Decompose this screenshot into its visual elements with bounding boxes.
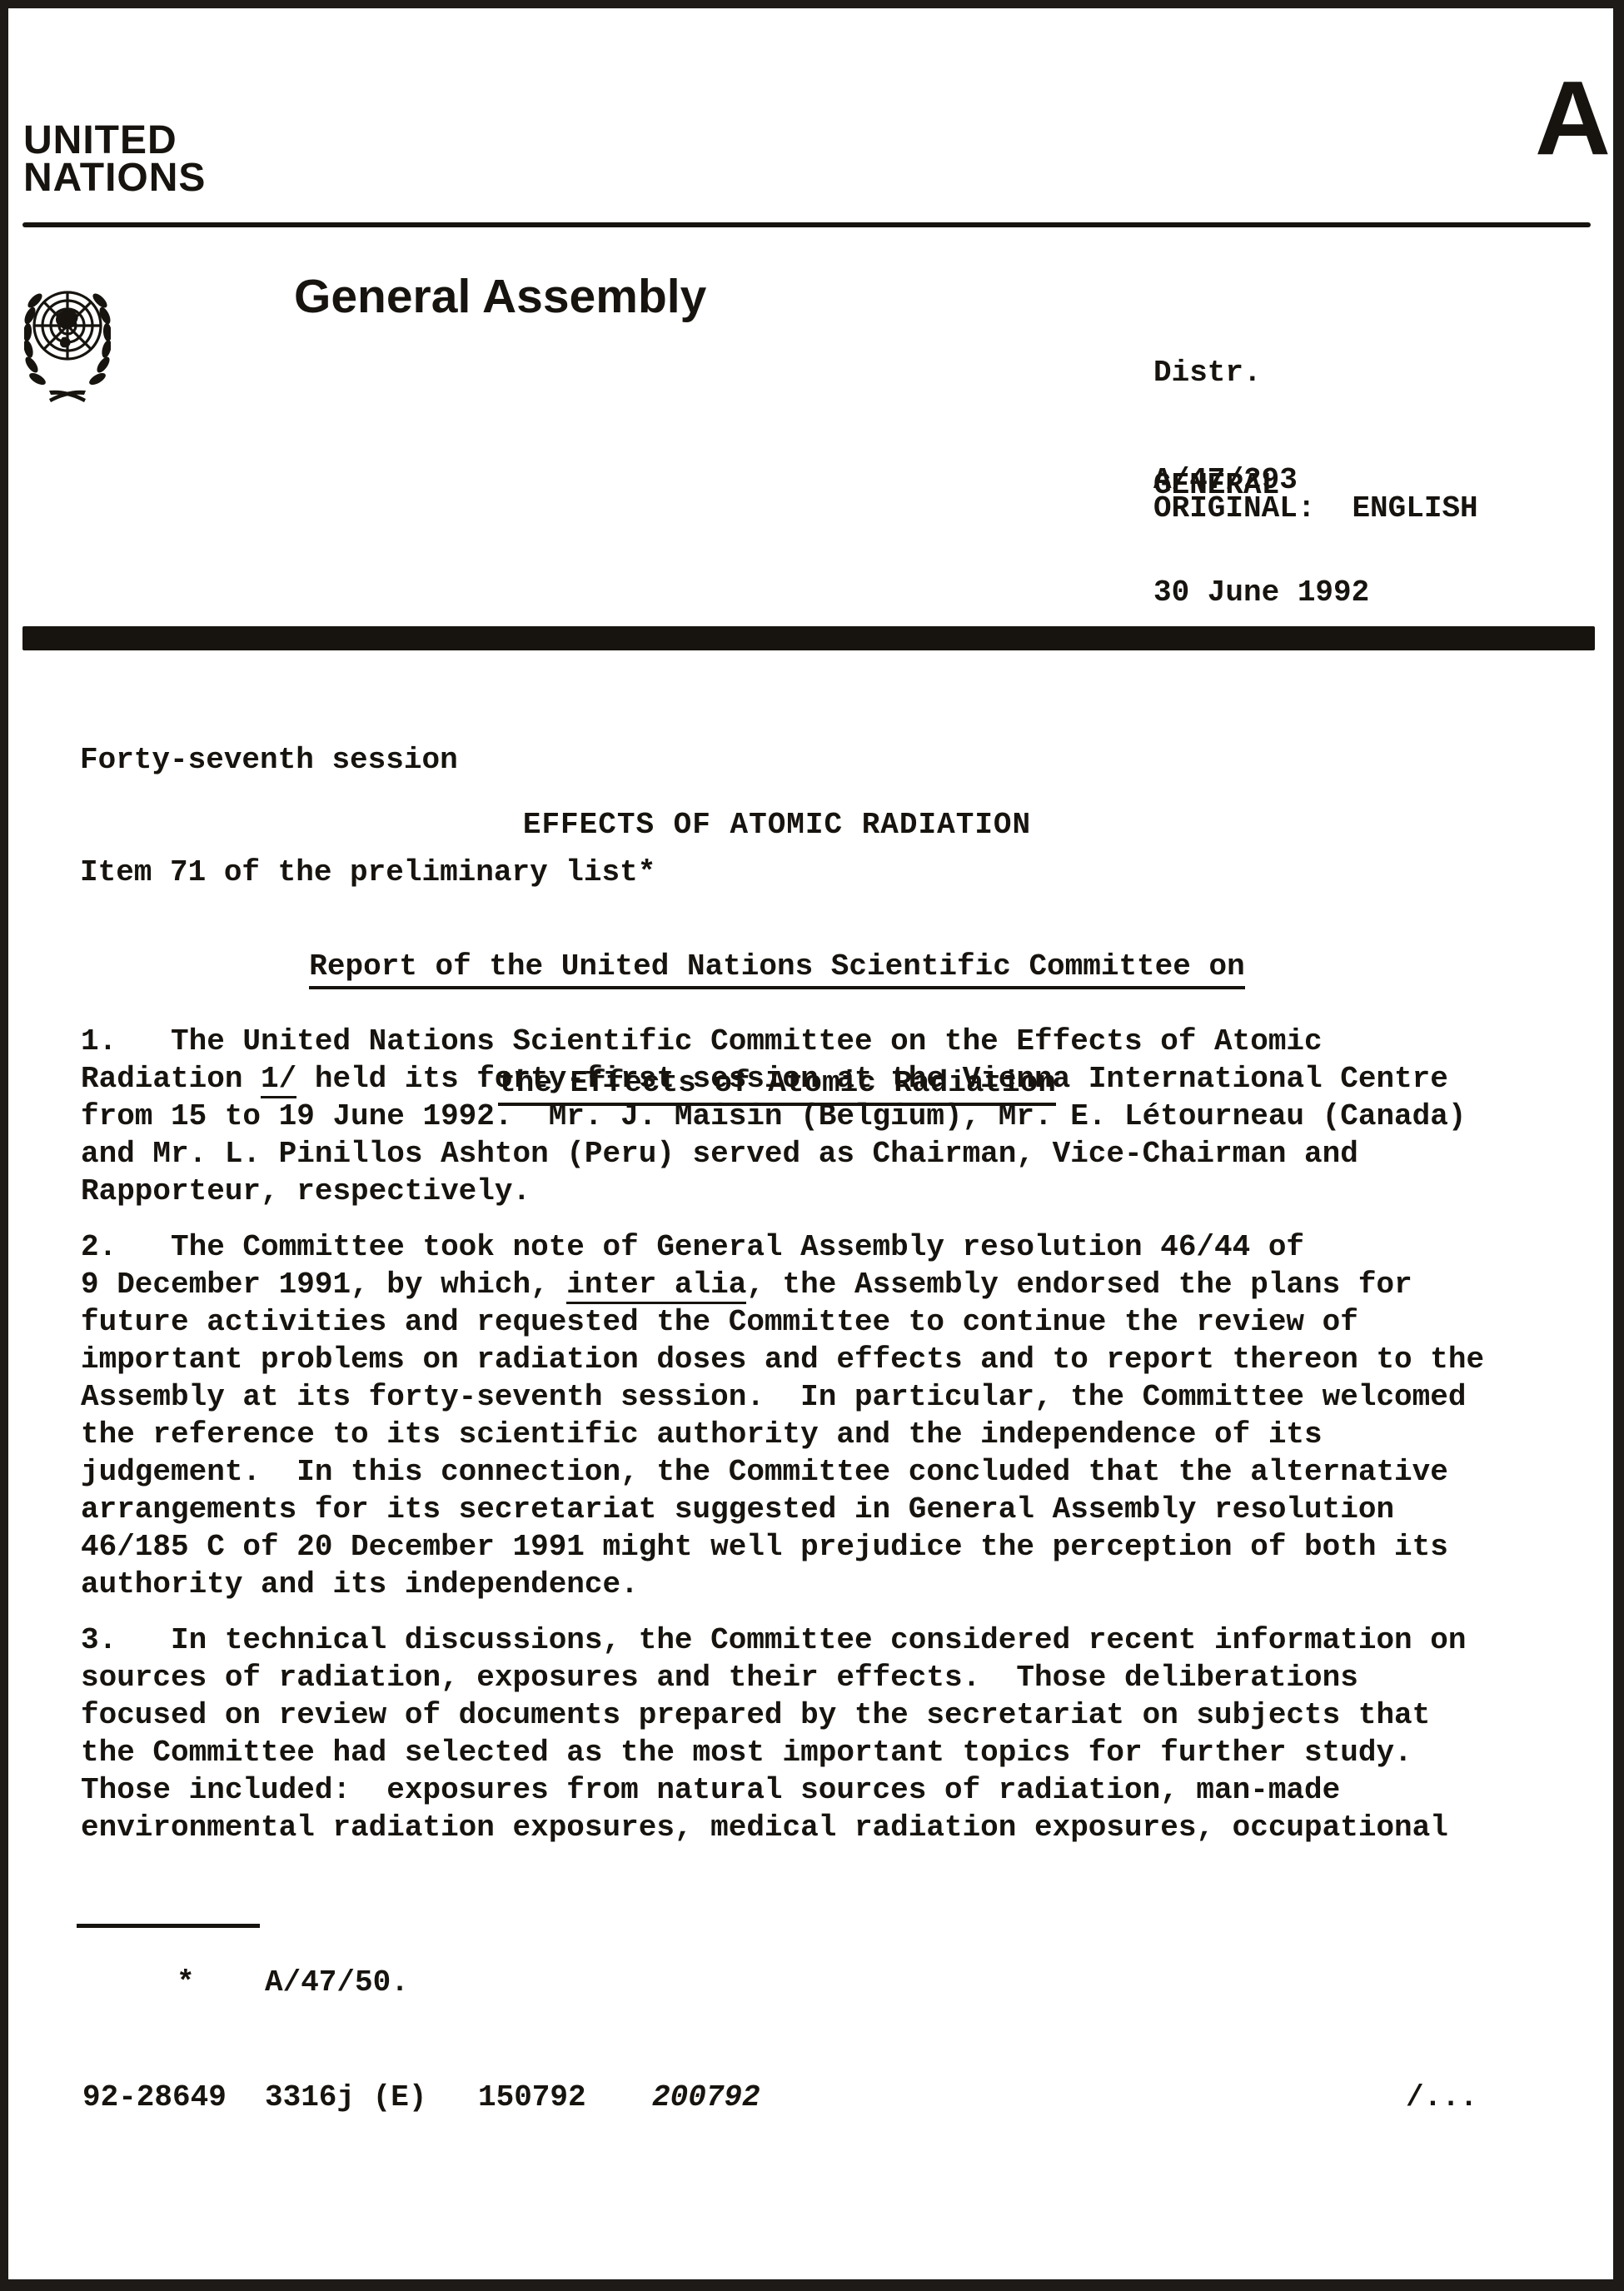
underlined-term: inter alia	[566, 1268, 746, 1304]
footnote-rule	[77, 1924, 260, 1928]
paragraph: 2. The Committee took note of General As…	[81, 1228, 1484, 1603]
footnote-marker: *	[177, 1964, 195, 2001]
text-line: Assembly at its forty-seventh session. I…	[81, 1378, 1484, 1416]
original-label: ORIGINAL:	[1153, 490, 1315, 527]
document-page: UNITED NATIONS A	[0, 0, 1624, 2291]
text-line: 2. The Committee took note of General As…	[81, 1228, 1484, 1266]
text-line: important problems on radiation doses an…	[81, 1341, 1484, 1378]
text-line: focused on review of documents prepared …	[81, 1696, 1484, 1734]
footer-doc-number: 92-28649	[82, 2079, 227, 2116]
text-line: from 15 to 19 June 1992. Mr. J. Maisin (…	[81, 1098, 1484, 1135]
text-line: 3. In technical discussions, the Committ…	[81, 1621, 1484, 1659]
text-line: arrangements for its secretariat suggest…	[81, 1491, 1484, 1528]
text-line: and Mr. L. Pinillos Ashton (Peru) served…	[81, 1135, 1484, 1173]
footer-continuation-mark: /...	[1406, 2079, 1477, 2116]
footnote-text: A/47/50.	[265, 1964, 409, 2001]
text-line: Rapporteur, respectively.	[81, 1173, 1484, 1210]
text-line: environmental radiation exposures, medic…	[81, 1809, 1484, 1846]
text-line: the Committee had selected as the most i…	[81, 1734, 1484, 1771]
org-name-line2: NATIONS	[23, 159, 206, 197]
session-line: Forty-seventh session	[80, 741, 655, 779]
text-line: judgement. In this connection, the Commi…	[81, 1453, 1484, 1491]
original-value: ENGLISH	[1352, 490, 1477, 527]
subtitle-line1: Report of the United Nations Scientific …	[0, 948, 1589, 989]
text-line: sources of radiation, exposures and thei…	[81, 1659, 1484, 1696]
footer-job-number: 3316j (E)	[265, 2079, 426, 2116]
footer-date1: 150792	[478, 2079, 586, 2116]
section-divider-bar	[22, 626, 1595, 650]
text-line: future activities and requested the Comm…	[81, 1303, 1484, 1341]
doc-series-letter: A	[1535, 77, 1611, 160]
text-line: 46/185 C of 20 December 1991 might well …	[81, 1528, 1484, 1566]
original-language-block: ORIGINAL: ENGLISH	[1153, 490, 1478, 527]
text-line: Radiation 1/ held its forty-first sessio…	[81, 1060, 1484, 1098]
masthead-rule	[22, 222, 1591, 227]
organ-title: General Assembly	[294, 271, 706, 321]
underlined-term: 1/	[261, 1062, 296, 1098]
body-paragraphs: 1. The United Nations Scientific Committ…	[81, 1023, 1484, 1865]
org-name: UNITED NATIONS	[23, 122, 206, 197]
org-name-line1: UNITED	[23, 122, 206, 159]
text-line: 9 December 1991, by which, inter alia, t…	[81, 1266, 1484, 1303]
text-line: 1. The United Nations Scientific Committ…	[81, 1023, 1484, 1060]
text-line: the reference to its scientific authorit…	[81, 1416, 1484, 1453]
subtitle-line1-text: Report of the United Nations Scientific …	[309, 948, 1244, 989]
paragraph: 1. The United Nations Scientific Committ…	[81, 1023, 1484, 1210]
footer-date2: 200792	[652, 2079, 760, 2116]
doc-date: 30 June 1992	[1153, 574, 1369, 611]
un-emblem-icon	[24, 274, 111, 406]
text-line: Those included: exposures from natural s…	[81, 1771, 1484, 1809]
document-title: EFFECTS OF ATOMIC RADIATION	[0, 806, 1589, 844]
paragraph: 3. In technical discussions, the Committ…	[81, 1621, 1484, 1846]
text-line: authority and its independence.	[81, 1566, 1484, 1603]
